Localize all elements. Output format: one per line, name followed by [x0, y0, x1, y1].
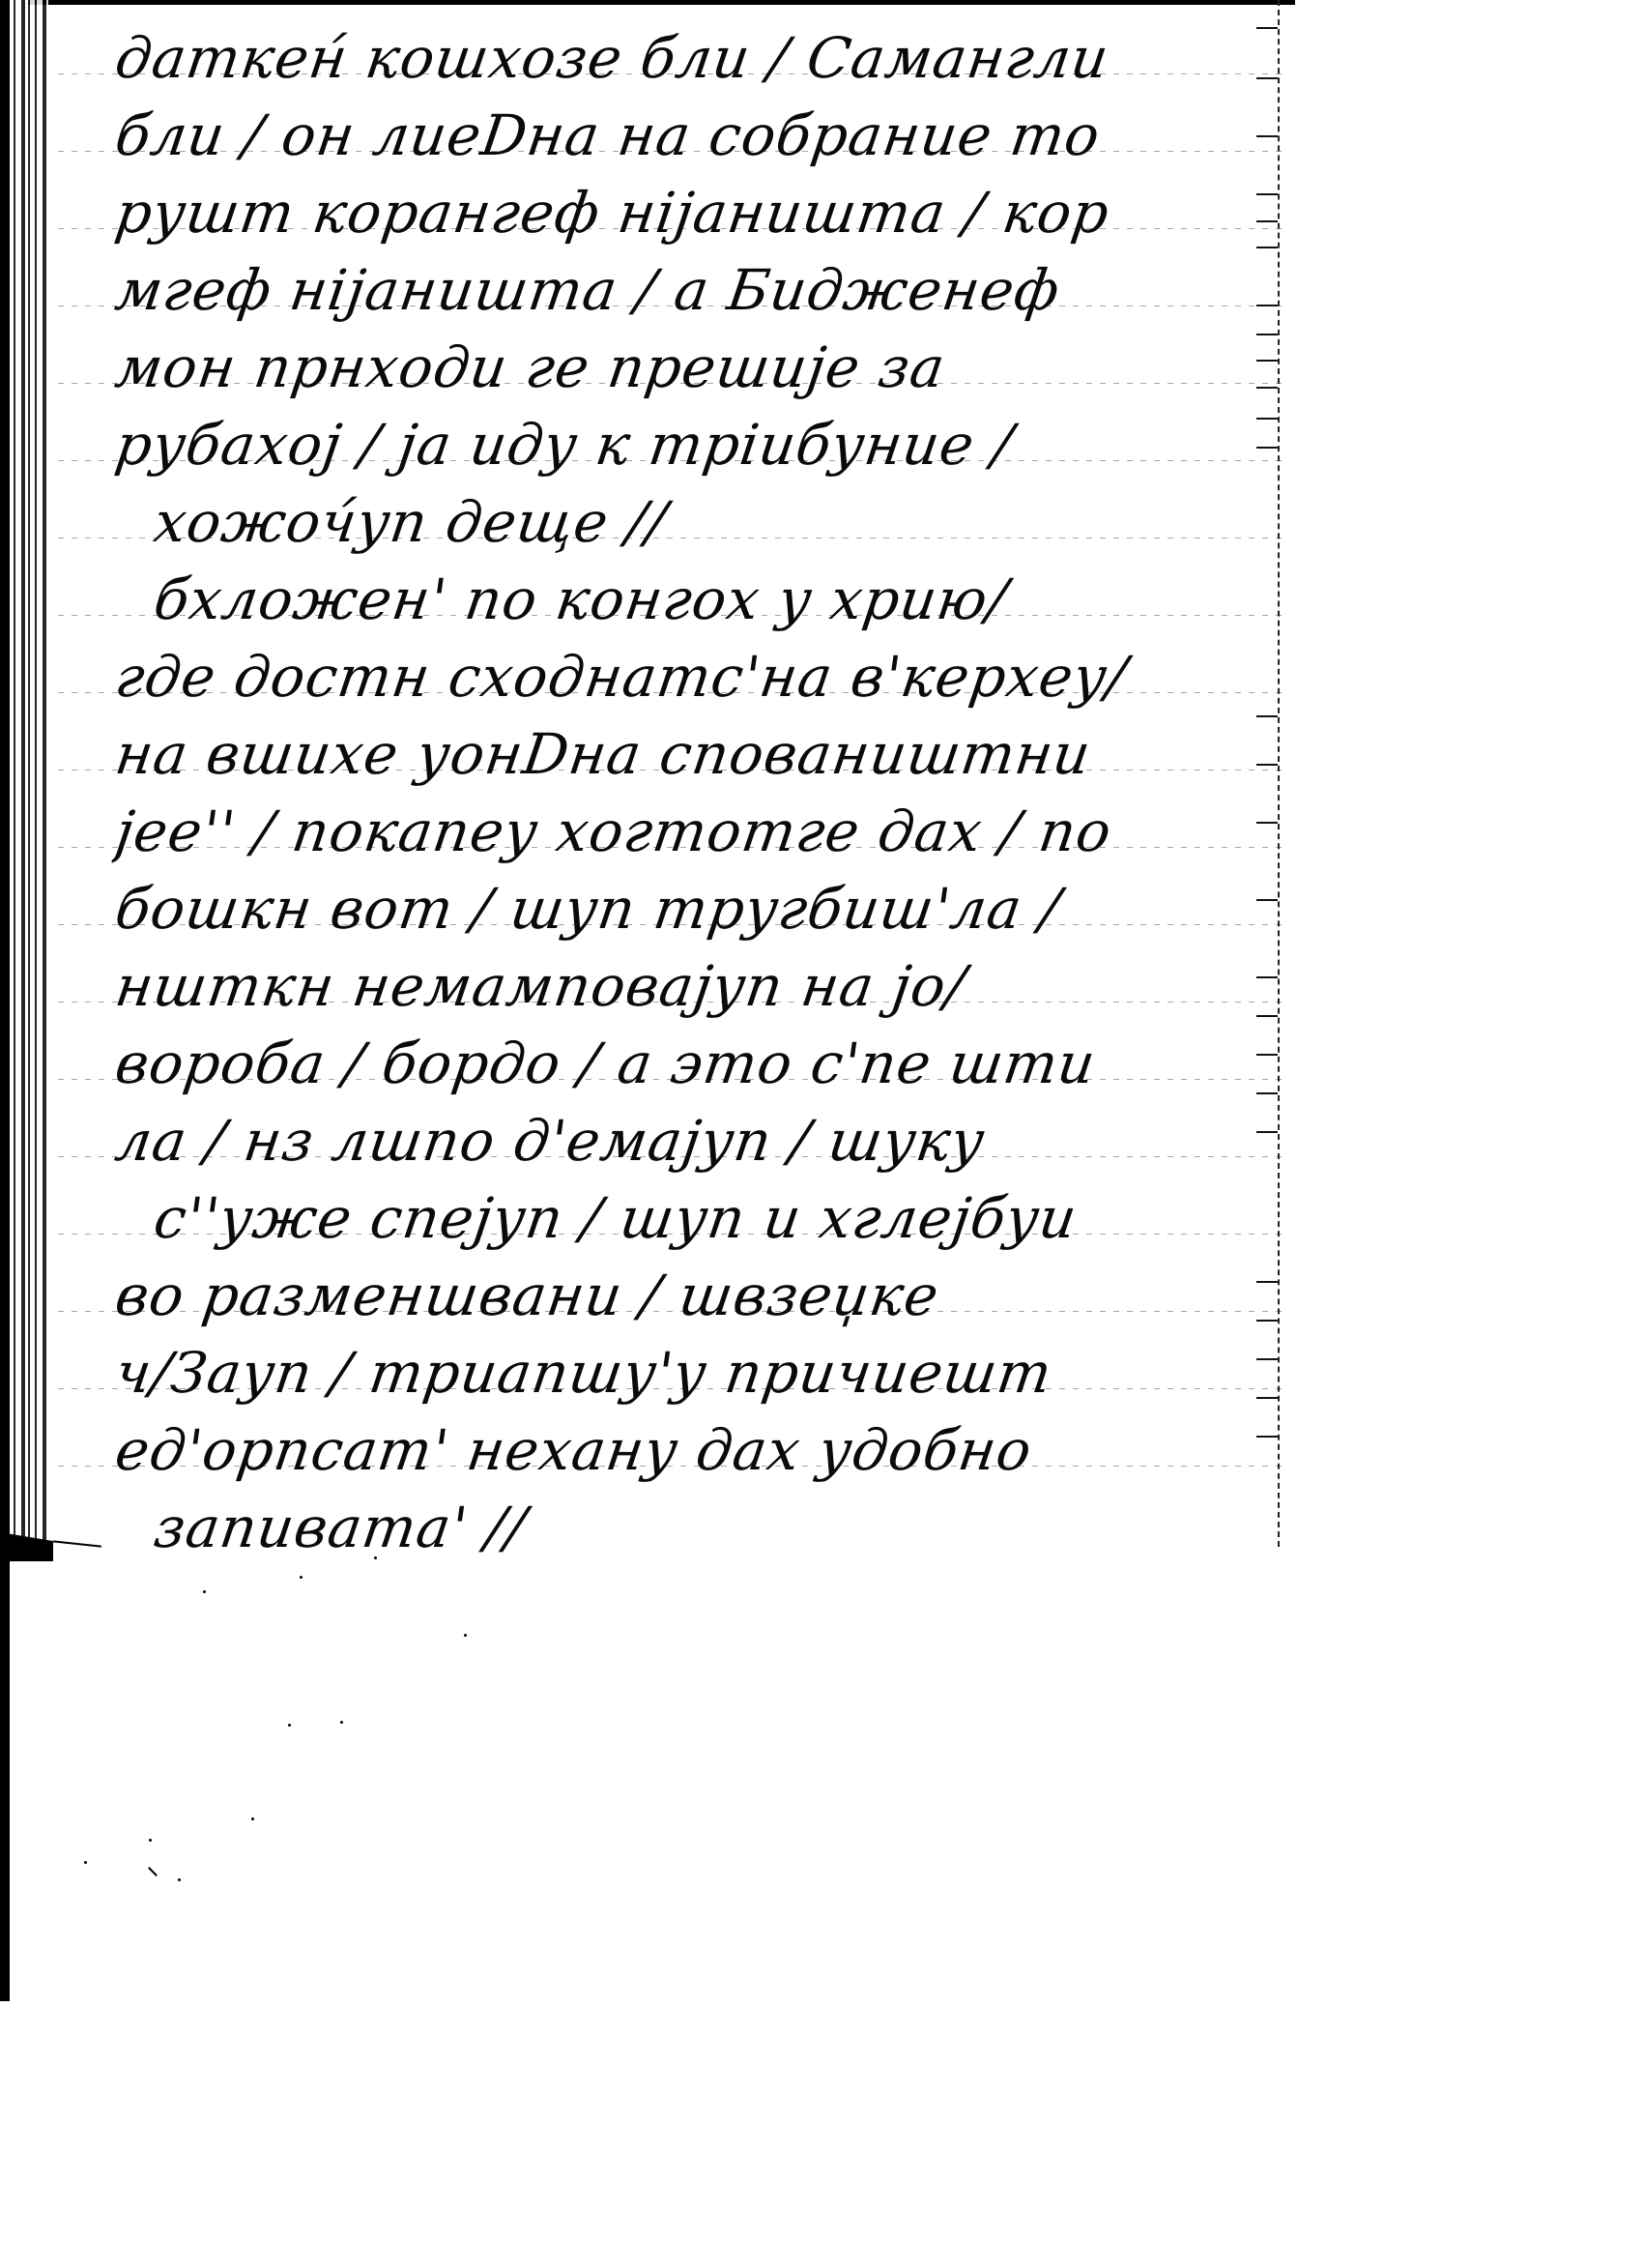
text-line: ла / нз лшпо д'емајуп / шуку	[110, 1102, 1290, 1179]
text-line: јее'' / покапеу хогтотге дах / по	[110, 793, 1290, 870]
text-line: на вшихе уонDна споваништни	[110, 715, 1290, 793]
paper-speck	[300, 1576, 303, 1579]
text-line: мон прнходи ге прешије за	[110, 329, 1290, 406]
binding-edge	[0, 0, 10, 2001]
text-line: бошкн вот / шуп тругбиш'ла /	[110, 870, 1290, 947]
text-line: мгеф ніјаништа / а Бидженеф	[110, 251, 1290, 329]
paper-speck	[464, 1634, 467, 1637]
text-line: ч/Зауп / триапшу'у причиешт	[110, 1334, 1290, 1411]
text-line: рушт корангеф ніјаништа / кор	[110, 174, 1290, 251]
paper-speck	[178, 1878, 181, 1881]
text-line: вороба / бордо / а это с'пе шти	[110, 1025, 1290, 1102]
handwritten-text: даткен́ кошхозе бли / Самангли бли / он …	[116, 19, 1285, 1566]
text-line: даткен́ кошхозе бли / Самангли	[110, 19, 1290, 97]
text-line: ншткн немамповајуп на јо/	[110, 947, 1290, 1025]
paper-speck	[251, 1817, 254, 1820]
paper-speck	[84, 1861, 87, 1864]
paper-speck	[340, 1721, 343, 1724]
text-line: с''уже спејуп / шуп и хглејбуи	[110, 1179, 1290, 1257]
binding-stroke	[53, 1540, 101, 1547]
text-line: где достн сходнатс'на в'керхеу/	[110, 638, 1290, 715]
text-line: бли / он лиеDна на собрание то	[110, 97, 1290, 174]
paper-speck	[203, 1590, 206, 1593]
text-line: запивата' //	[110, 1489, 1290, 1566]
text-line: хожоч́уп деще //	[110, 483, 1290, 561]
text-line: рубахој / ја иду к тріибуние /	[110, 406, 1290, 483]
text-line: во разменшвани / швзеџке	[110, 1257, 1290, 1334]
stray-pen-mark	[148, 1867, 158, 1876]
text-line: ед'орпсат' нехану дах удобно	[110, 1411, 1290, 1489]
paper-speck	[149, 1839, 152, 1842]
paper-speck	[374, 1556, 377, 1559]
text-line: бхложен' по конгох у хрию/	[110, 561, 1290, 638]
paper-speck	[288, 1724, 291, 1727]
document-page: даткен́ кошхозе бли / Самангли бли / он …	[0, 0, 1643, 2268]
